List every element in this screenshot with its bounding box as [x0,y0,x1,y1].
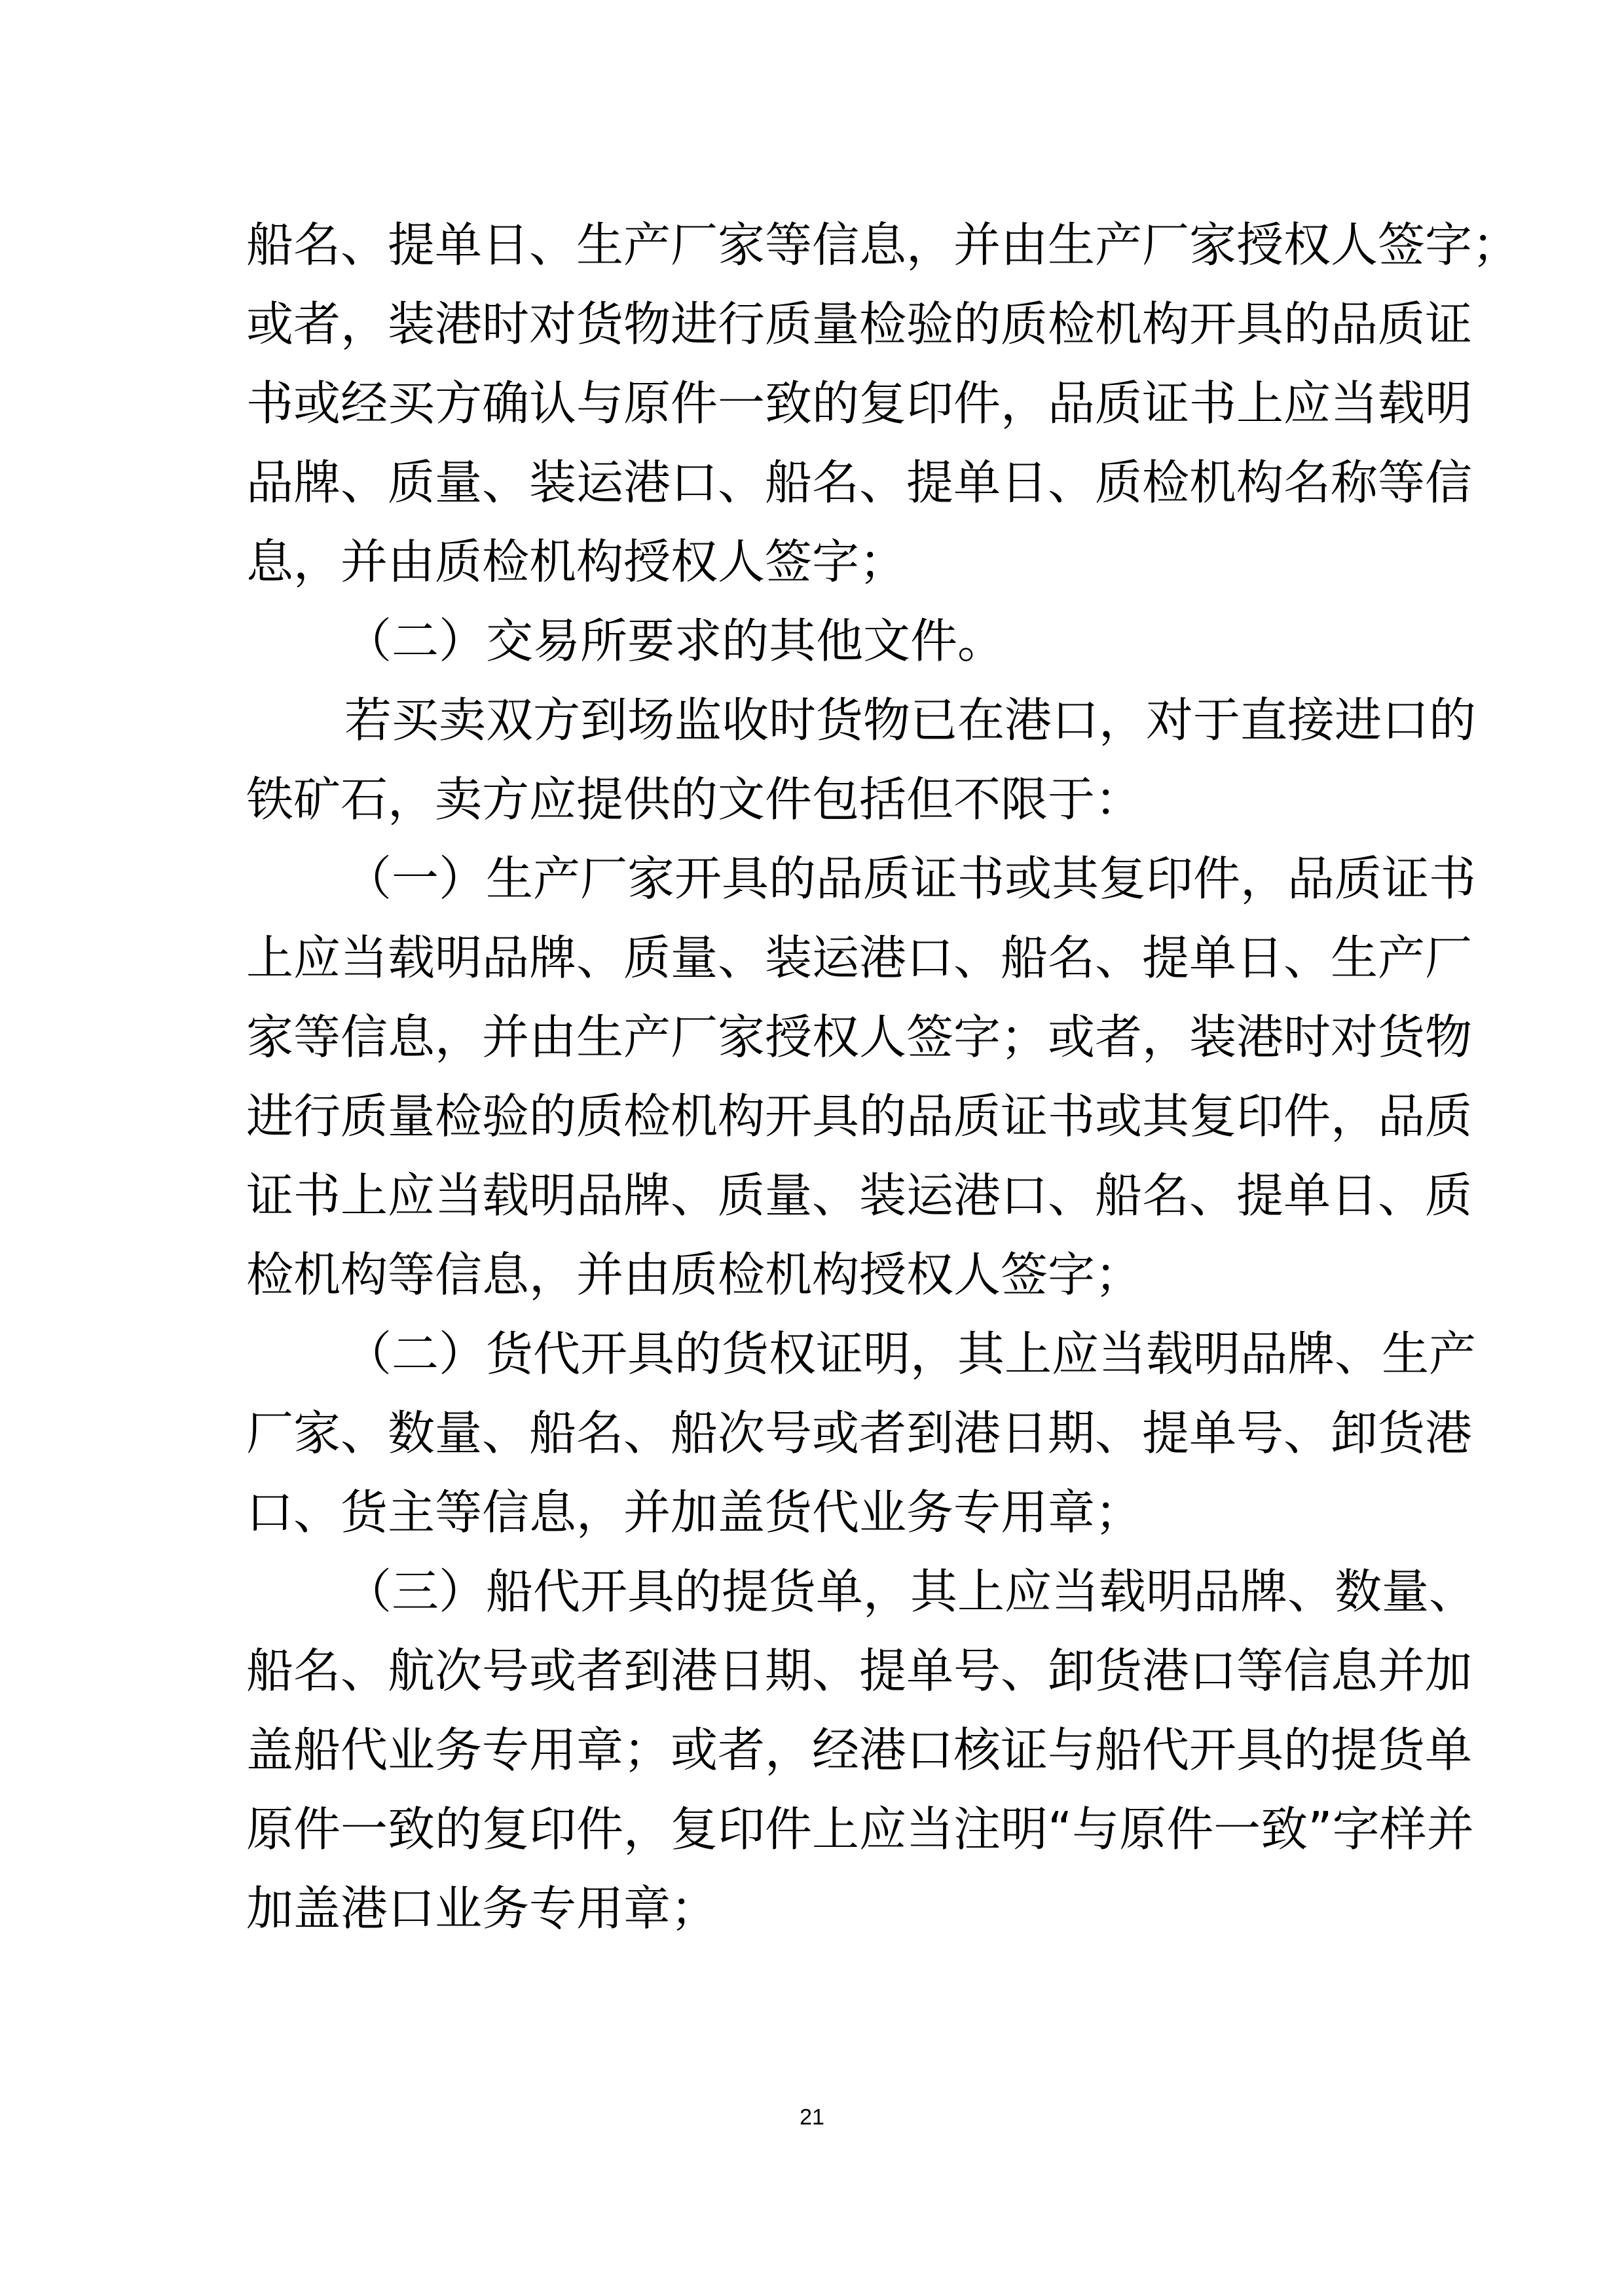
text-line: 检机构等信息，并由质检机构授权人签字； [246,1243,1378,1322]
text-line: （一）生产厂家开具的品质证书或其复印件，品质证书 [246,847,1378,926]
paragraph-item-2-forwarder-certificate: （二）货代开具的货权证明，其上应当载明品牌、生产 厂家、数量、船名、船次号或者到… [246,1322,1378,1560]
text-line: 原件一致的复印件，复印件上应当注明“与原件一致”字样并 [246,1798,1378,1877]
text-line: 书或经买方确认与原件一致的复印件，品质证书上应当载明 [246,372,1378,451]
text-line: 若买卖双方到场监收时货物已在港口，对于直接进口的 [246,689,1378,768]
text-line: 或者，装港时对货物进行质量检验的质检机构开具的品质证 [246,293,1378,372]
paragraph-item-1-quality-certificate: （一）生产厂家开具的品质证书或其复印件，品质证书 上应当载明品牌、质量、装运港口… [246,847,1378,1322]
text-line: 品牌、质量、装运港口、船名、提单日、质检机构名称等信 [246,451,1378,530]
text-line: 家等信息，并由生产厂家授权人签字；或者，装港时对货物 [246,1006,1378,1085]
text-line: （三）船代开具的提货单，其上应当载明品牌、数量、 [246,1560,1378,1639]
text-line: 铁矿石，卖方应提供的文件包括但不限于： [246,768,1378,847]
paragraph-item-2-other-documents: （二）交易所要求的其他文件。 [246,610,1378,689]
text-line: 加盖港口业务专用章； [246,1877,1378,1956]
text-line: 上应当载明品牌、质量、装运港口、船名、提单日、生产厂 [246,926,1378,1006]
paragraph-goods-in-port: 若买卖双方到场监收时货物已在港口，对于直接进口的 铁矿石，卖方应提供的文件包括但… [246,689,1378,847]
text-line: 船名、提单日、生产厂家等信息，并由生产厂家授权人签字； [246,213,1378,293]
text-line: 息，并由质检机构授权人签字； [246,530,1378,610]
text-line: （二）交易所要求的其他文件。 [246,610,1378,689]
text-line: 船名、航次号或者到港日期、提单号、卸货港口等信息并加 [246,1639,1378,1719]
text-line: 证书上应当载明品牌、质量、装运港口、船名、提单日、质 [246,1164,1378,1243]
text-line: （二）货代开具的货权证明，其上应当载明品牌、生产 [246,1322,1378,1402]
text-line: 进行质量检验的质检机构开具的品质证书或其复印件，品质 [246,1085,1378,1164]
body-text: 船名、提单日、生产厂家等信息，并由生产厂家授权人签字； 或者，装港时对货物进行质… [246,213,1378,1956]
paragraph-item-3-delivery-order: （三）船代开具的提货单，其上应当载明品牌、数量、 船名、航次号或者到港日期、提单… [246,1560,1378,1956]
text-line: 口、货主等信息，并加盖货代业务专用章； [246,1481,1378,1560]
page-number: 21 [0,2104,1624,2130]
text-line: 厂家、数量、船名、船次号或者到港日期、提单号、卸货港 [246,1402,1378,1481]
text-line: 盖船代业务专用章；或者，经港口核证与船代开具的提货单 [246,1719,1378,1798]
document-page: 船名、提单日、生产厂家等信息，并由生产厂家授权人签字； 或者，装港时对货物进行质… [0,0,1624,2296]
paragraph-continued-quality-cert: 船名、提单日、生产厂家等信息，并由生产厂家授权人签字； 或者，装港时对货物进行质… [246,213,1378,610]
